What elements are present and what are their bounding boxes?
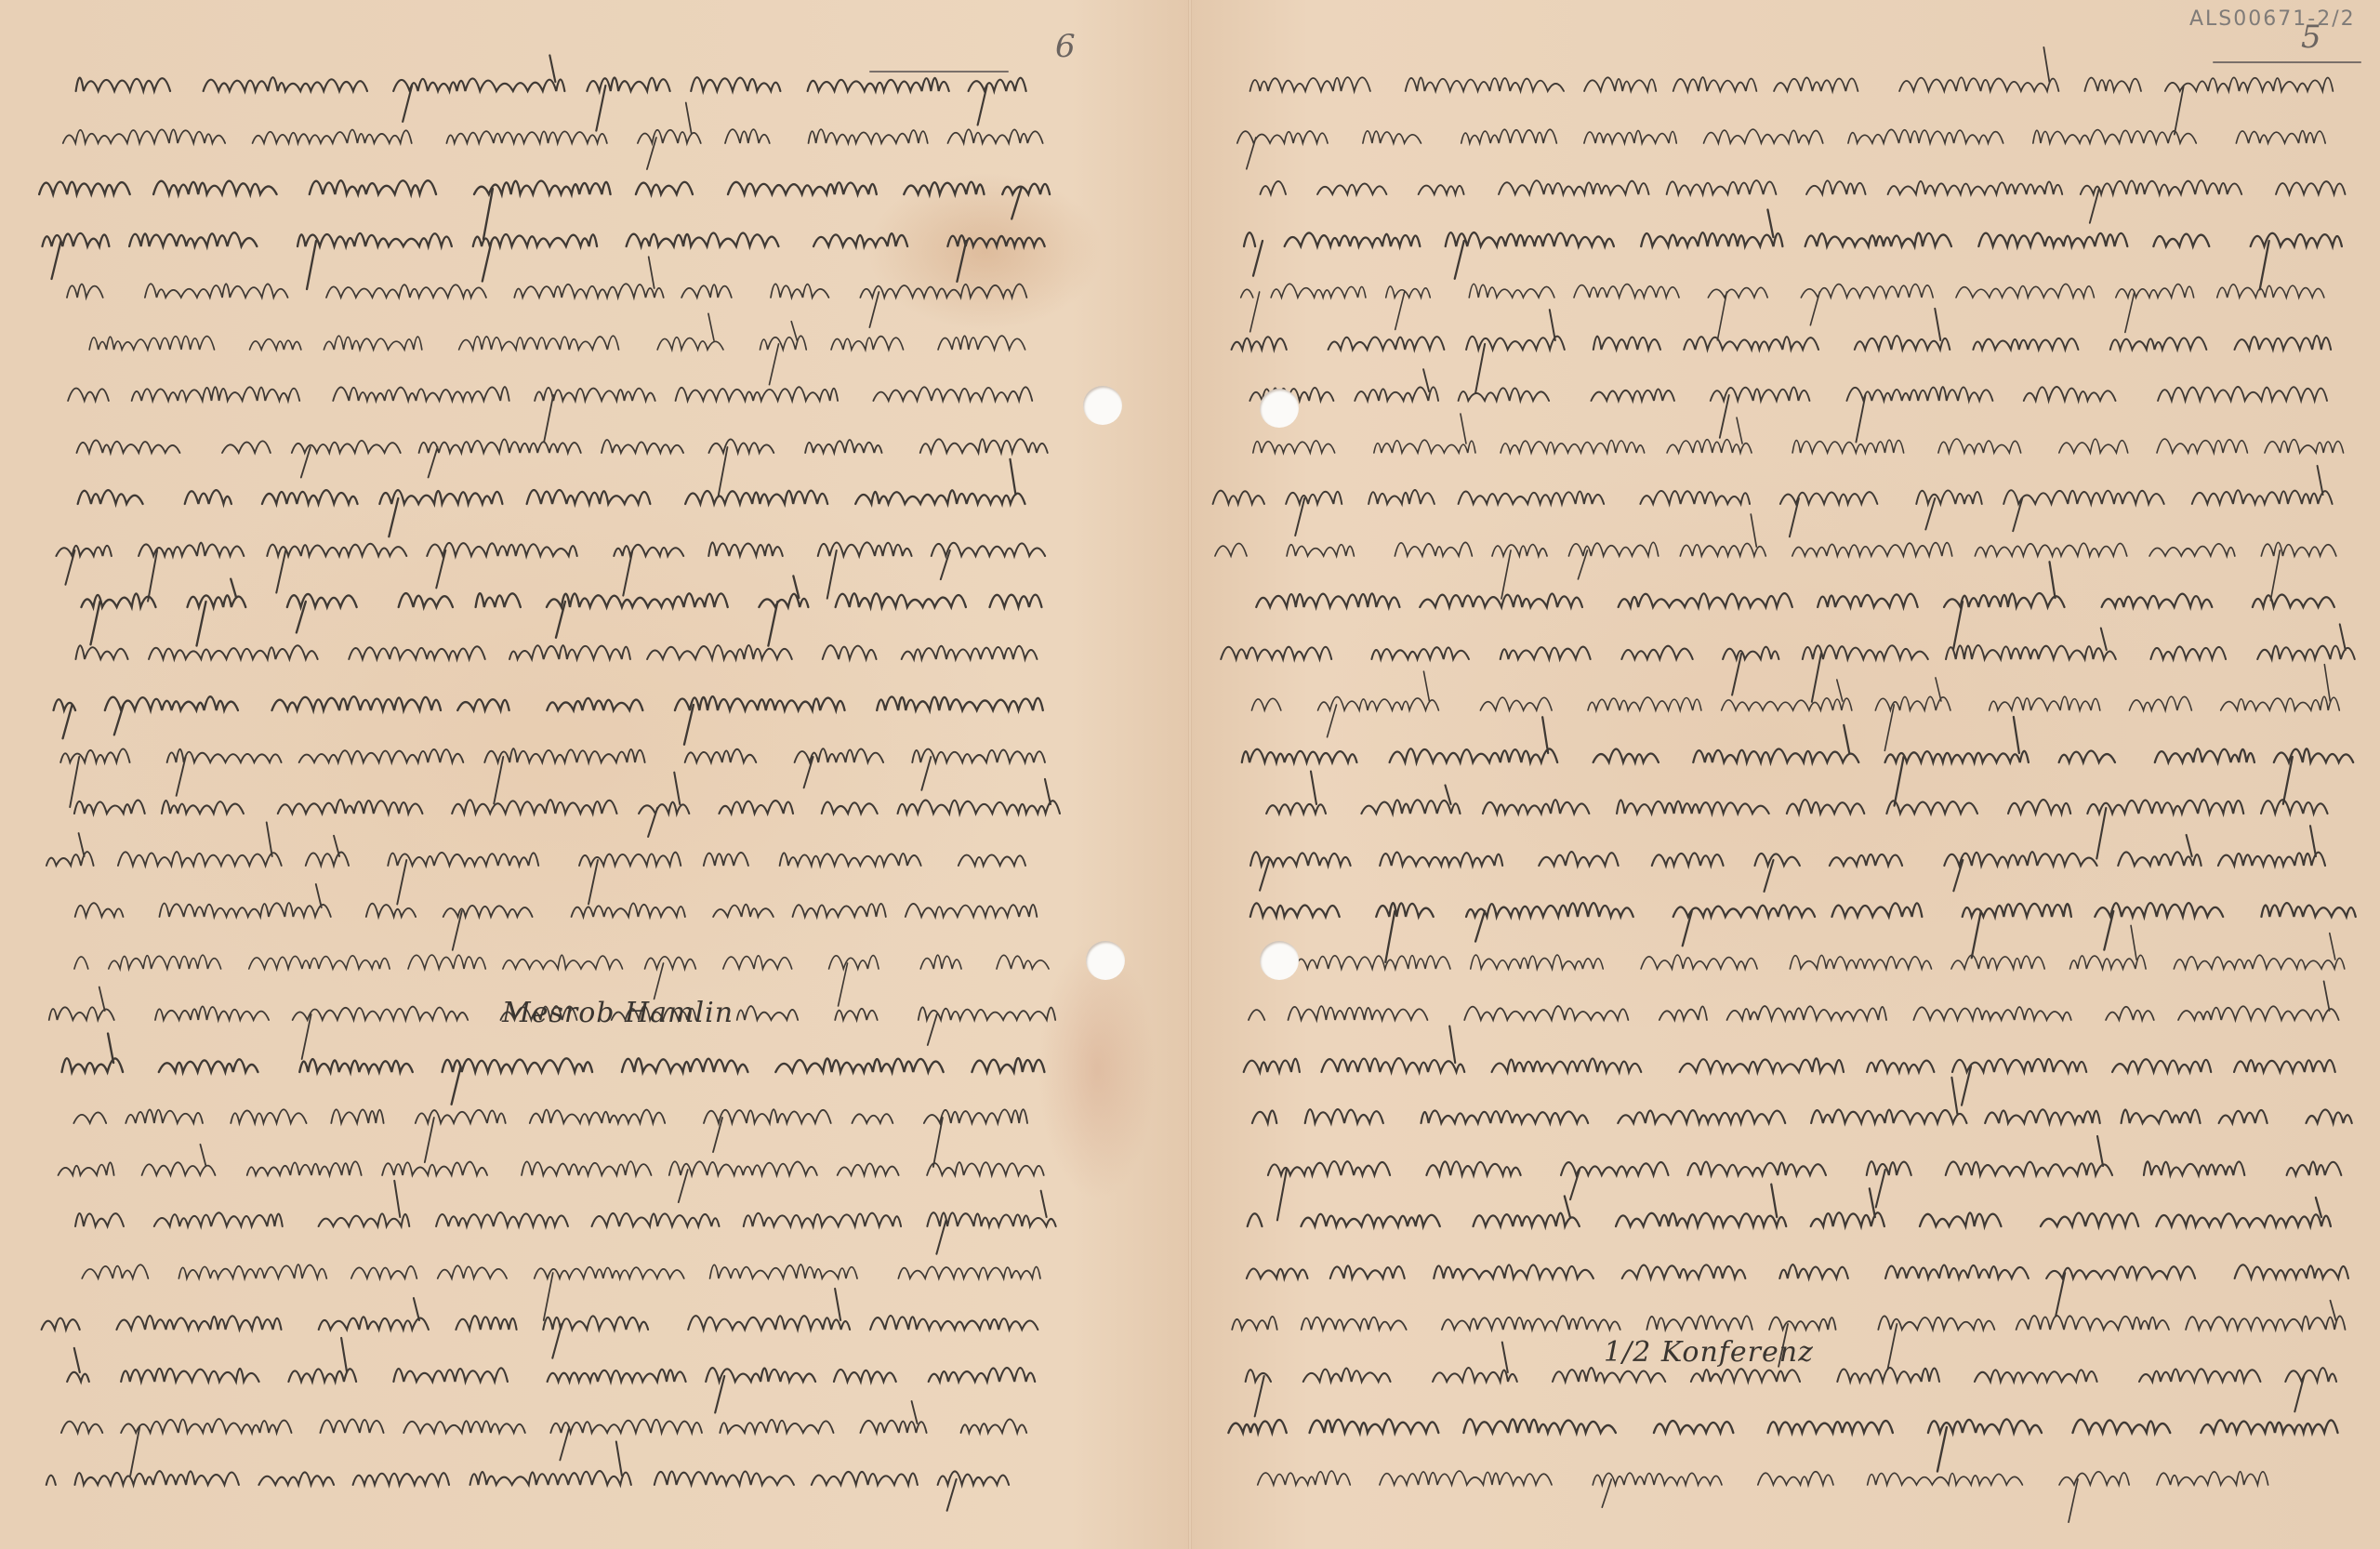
- handwritten-line: [58, 324, 1025, 372]
- handwritten-line: [1223, 1407, 2338, 1455]
- handwritten-line: [1249, 65, 2333, 113]
- handwritten-line: [71, 65, 1026, 113]
- handwritten-line: [1249, 1097, 2352, 1145]
- handwritten-line: [1219, 478, 2333, 526]
- handwritten-line: [66, 891, 1037, 939]
- handwritten-line: [1251, 891, 2356, 939]
- handwritten-line: [55, 1407, 1026, 1455]
- page-right: 5 1/2 Konferenz: [1190, 0, 2380, 1549]
- handwritten-line: [67, 788, 1060, 836]
- scanned-letter: ALS00671-2/2 6 Mesrob Hamlin 5 1/2 Konfe…: [0, 0, 2380, 1549]
- handwritten-line: [50, 684, 1043, 733]
- handwritten-line: [67, 1097, 1027, 1145]
- page-number-right: 5: [2301, 19, 2321, 56]
- handwritten-line: [42, 375, 1032, 423]
- handwritten-line: [1243, 375, 2327, 423]
- handwritten-line: [1255, 168, 2345, 217]
- page-number-underline: [2213, 61, 2361, 63]
- handwritten-line: [1245, 581, 2334, 629]
- handwritten-line: [68, 633, 1037, 682]
- handwritten-line: [62, 530, 1045, 578]
- handwritten-line: [1236, 1046, 2335, 1094]
- handwritten-line: [59, 1356, 1035, 1404]
- handwritten-line: [1236, 736, 2353, 785]
- handwritten-line: [40, 220, 1045, 269]
- handwritten-line: [1246, 788, 2328, 836]
- handwritten-line: [1250, 427, 2344, 475]
- handwritten-line: [1239, 220, 2342, 269]
- page-left: 6 Mesrob Hamlin: [0, 0, 1190, 1549]
- handwritten-line: [60, 736, 1045, 785]
- punch-hole: [1086, 941, 1125, 980]
- latin-word-mesrob-hamlin: Mesrob Hamlin: [502, 997, 734, 1029]
- handwritten-line: [73, 478, 1025, 526]
- handwritten-line: [45, 1459, 1009, 1507]
- page-number-left: 6: [1055, 28, 1076, 65]
- handwritten-line: [1223, 117, 2325, 165]
- handwritten-line: [1244, 994, 2339, 1042]
- handwritten-line: [1225, 633, 2355, 682]
- punch-hole: [1260, 941, 1299, 980]
- punch-hole: [1083, 386, 1122, 425]
- latin-word-konferenz: 1/2 Konferenz: [1604, 1336, 1814, 1369]
- handwritten-line: [1252, 1459, 2268, 1507]
- handwritten-line: [72, 943, 1049, 991]
- handwritten-line: [1249, 1149, 2341, 1198]
- handwritten-line: [62, 271, 1026, 320]
- handwritten-line: [1254, 943, 2345, 991]
- handwritten-line: [40, 168, 1050, 217]
- handwritten-line: [1249, 1252, 2348, 1301]
- handwritten-line: [41, 1304, 1038, 1352]
- handwritten-line: [73, 1200, 1056, 1249]
- handwritten-line: [1249, 840, 2325, 888]
- handwritten-line: [71, 427, 1048, 475]
- handwritten-line: [46, 840, 1025, 888]
- handwritten-line: [1228, 324, 2331, 372]
- handwritten-line: [1238, 271, 2324, 320]
- handwritten-line: [1248, 684, 2339, 733]
- handwritten-line: [62, 1252, 1040, 1301]
- handwritten-line: [53, 581, 1041, 629]
- handwritten-line: [1219, 530, 2336, 578]
- handwritten-line: [53, 1046, 1044, 1094]
- punch-hole: [1260, 389, 1299, 428]
- handwritten-line: [42, 1149, 1044, 1198]
- handwritten-line: [1240, 1200, 2331, 1249]
- handwritten-line: [64, 117, 1043, 165]
